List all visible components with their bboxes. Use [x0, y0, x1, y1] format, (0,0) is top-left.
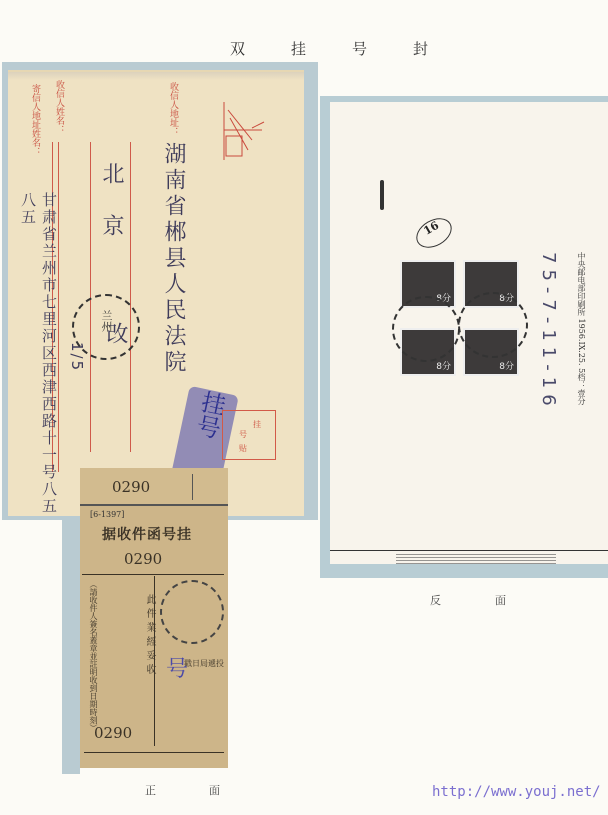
printed-building-icon [222, 100, 270, 162]
recipient-address-label: 收信人地址： [168, 82, 177, 136]
stub-number: 0290 [112, 478, 150, 496]
sender-address-label: 寄信人地址姓名： [30, 84, 39, 156]
postmark: 兰州 [72, 294, 140, 360]
receipt-registered-mark: 号 [166, 652, 188, 683]
receipt-stamp-label: 投遞局日戳 [184, 658, 224, 669]
receipt-number-bottom: 0290 [94, 724, 132, 742]
receipt-code: [6-1397] [90, 510, 124, 519]
receipt-postmark [160, 580, 224, 644]
flap-line [330, 550, 608, 551]
registered-oval-stamp: 16 [411, 212, 457, 254]
receipt-center-text: 此件業經妥收 [142, 594, 157, 678]
receipt-number-top: 0290 [124, 550, 162, 568]
registered-label-box: 挂 号 贴 [222, 410, 276, 460]
rule-line [130, 142, 131, 452]
handwritten-address: 湖南省郴县人民法院 [158, 142, 189, 376]
receipt-stub: 0290 [80, 468, 228, 506]
stub-divider [192, 474, 193, 500]
title-char: 号 [352, 38, 369, 59]
receipt-title: 挂号函件收据 [102, 524, 192, 544]
handwritten-date: 75-7-11-16 [538, 252, 559, 412]
title-char: 挂 [291, 38, 308, 59]
receipt-sleeve [62, 512, 80, 774]
title-char: 封 [413, 38, 430, 59]
receipt-bottom-rule [84, 752, 224, 753]
back-postmark [458, 292, 528, 358]
back-postmark [392, 296, 460, 362]
receipt-side-note: （請收件人簽名蓋章並註明收到日期時刻） [88, 580, 99, 732]
title-char: 双 [230, 38, 247, 59]
front-caption: 正 面 [145, 782, 220, 798]
smudge [396, 554, 556, 566]
envelope-back: 16 8分 8分 8分 8分 75-7-11-16 中央邮电部印刷所 1956.… [330, 102, 608, 564]
page-title: 双 挂 号 封 [230, 38, 430, 59]
back-caption: 反 面 [430, 592, 506, 608]
handwritten-city: 北京 [96, 162, 127, 266]
handwritten-sender: 甘肃省兰州市七里河区西津西路十一号八五八五 [18, 192, 60, 516]
watermark-url: http://www.youj.net/ [432, 784, 601, 800]
registered-receipt: 0290 [6-1397] 挂号函件收据 0290 （請收件人簽名蓋章並註明收到… [80, 468, 228, 768]
receipt-divider [82, 574, 224, 575]
recipient-name-label: 收信人姓名： [54, 80, 63, 134]
printer-imprint: 中央邮电部印刷所 1956.IX.25. 5档：壹分 [576, 252, 587, 405]
ink-mark [380, 180, 384, 210]
